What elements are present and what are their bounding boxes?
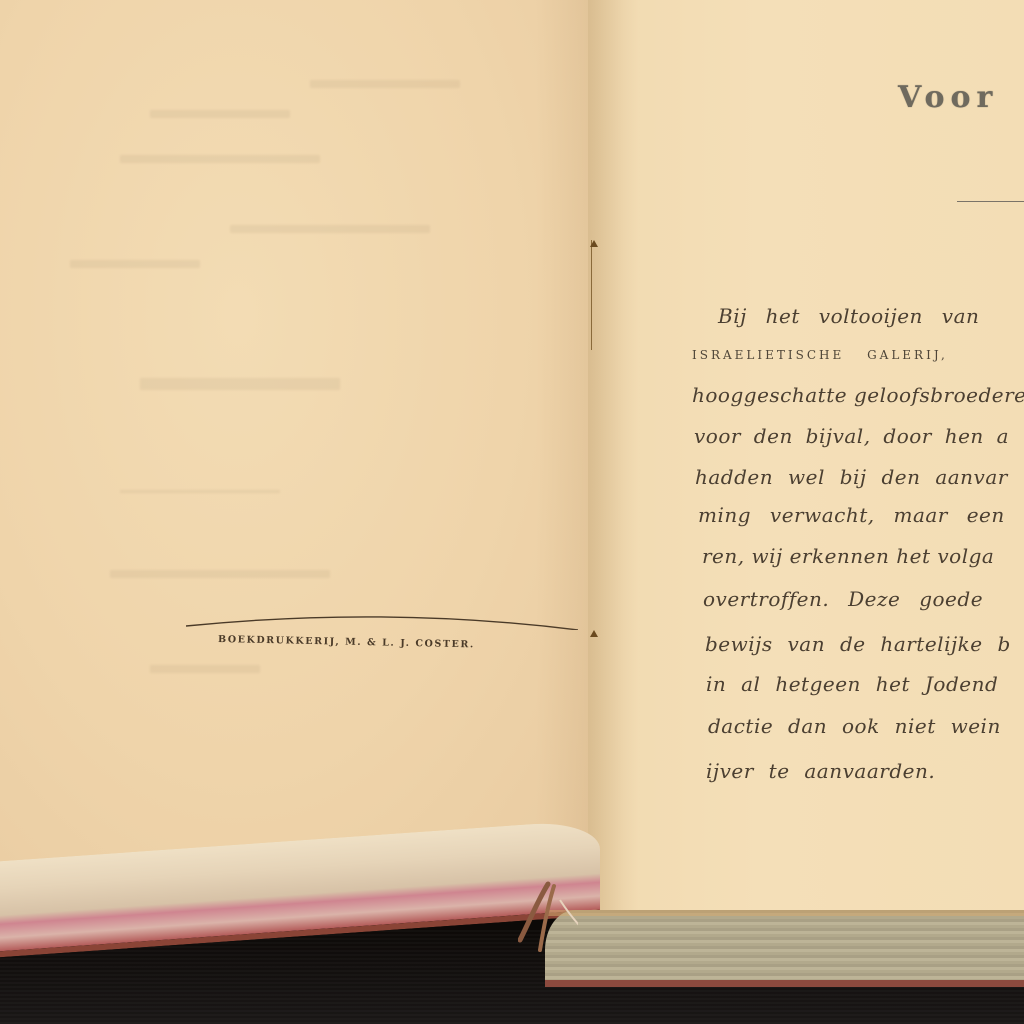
show-through-text bbox=[230, 225, 430, 233]
text-line: Bij het voltooijen van bbox=[718, 304, 979, 328]
show-through-text bbox=[120, 155, 320, 163]
text-line: dactie dan ook niet wein bbox=[708, 714, 1001, 738]
chapter-heading: Voor bbox=[898, 80, 998, 115]
heading-rule bbox=[957, 201, 1024, 202]
left-page: BOEKDRUKKERIJ, M. & L. J. COSTER. bbox=[0, 0, 596, 900]
text-line: voor den bijval, door hen a bbox=[694, 424, 1009, 448]
text-line: ren, wij erkennen het volga bbox=[702, 544, 994, 568]
printer-imprint: BOEKDRUKKERIJ, M. & L. J. COSTER. bbox=[218, 634, 475, 650]
show-through-text bbox=[150, 665, 260, 673]
show-through-text bbox=[310, 80, 460, 88]
show-through-text bbox=[120, 490, 280, 493]
imprint-rule bbox=[186, 606, 578, 630]
text-line: overtroffen. Deze goede bbox=[703, 587, 983, 611]
show-through-text bbox=[150, 110, 290, 118]
gutter-crease bbox=[591, 240, 592, 350]
bookmark-ribbon bbox=[518, 880, 578, 960]
show-through-text bbox=[70, 260, 200, 268]
gutter-mark bbox=[590, 630, 598, 637]
gutter-mark bbox=[590, 240, 598, 247]
text-line: ijver te aanvaarden. bbox=[706, 759, 935, 783]
text-line: hadden wel bij den aanvar bbox=[695, 465, 1008, 489]
show-through-text bbox=[110, 570, 330, 578]
text-line: ming verwacht, maar een bbox=[698, 503, 1005, 527]
text-line: ISRAELIETISCHE GALERIJ, bbox=[692, 348, 948, 362]
text-line: in al hetgeen het Jodend bbox=[706, 672, 998, 696]
text-line: hooggeschatte geloofsbroederen bbox=[692, 383, 1024, 407]
show-through-text bbox=[140, 378, 340, 390]
right-page-edges bbox=[545, 910, 1024, 987]
text-line: bewijs van de hartelijke b bbox=[705, 632, 1011, 656]
book-photo: BOEKDRUKKERIJ, M. & L. J. COSTER. Voor B… bbox=[0, 0, 1024, 1024]
